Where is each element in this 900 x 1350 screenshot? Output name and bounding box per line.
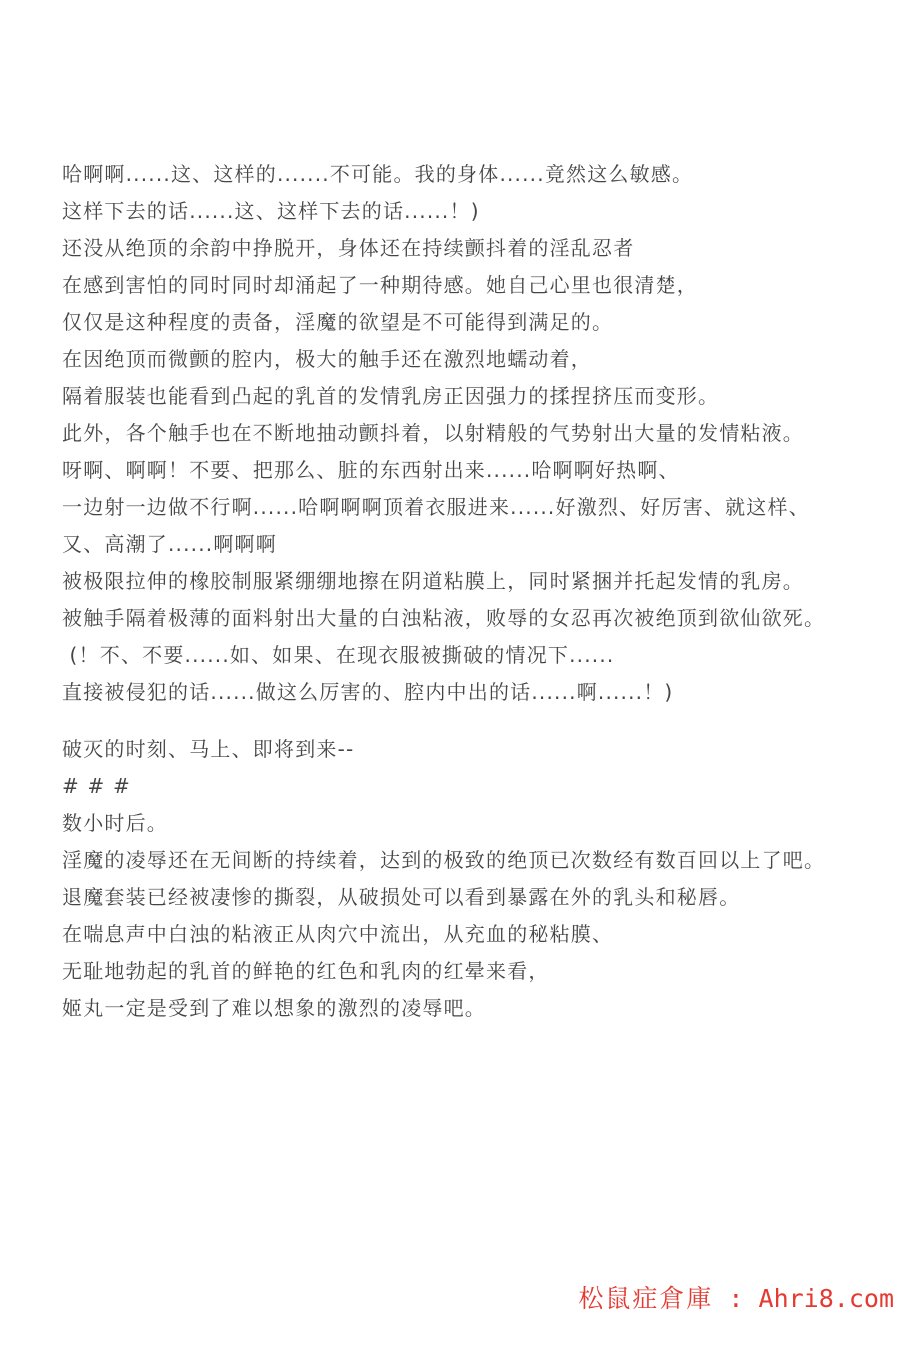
text-line: 呀啊、啊啊！不要、把那么、脏的东西射出来......哈啊啊好热啊、 [62, 452, 874, 489]
text-line: 此外，各个触手也在不断地抽动颤抖着，以射精般的气势射出大量的发情粘液。 [62, 415, 874, 452]
novel-text-block: 哈啊啊......这、这样的.......不可能。我的身体......竟然这么敏… [62, 156, 874, 1027]
text-line: 淫魔的凌辱还在无间断的持续着，达到的极致的绝顶已次数经有数百回以上了吧。 [62, 842, 874, 879]
blank-line [62, 711, 874, 731]
text-line: 一边射一边做不行啊......哈啊啊啊顶着衣服进来......好激烈、好厉害、就… [62, 489, 874, 526]
text-line: 被触手隔着极薄的面料射出大量的白浊粘液，败辱的女忍再次被绝顶到欲仙欲死。 [62, 600, 874, 637]
watermark-separator: : [713, 1284, 758, 1313]
text-line: 破灭的时刻、马上、即将到来-- [62, 731, 874, 768]
watermark-site-name: 松鼠症倉庫 [578, 1284, 713, 1313]
text-line: 在喘息声中白浊的粘液正从肉穴中流出，从充血的秘粘膜、 [62, 916, 874, 953]
text-line: 在因绝顶而微颤的腔内，极大的触手还在激烈地蠕动着， [62, 341, 874, 378]
text-line: 还没从绝顶的余韵中挣脱开，身体还在持续颤抖着的淫乱忍者 [62, 230, 874, 267]
watermark-site-url: Ahri8.com [759, 1284, 894, 1313]
text-line: 被极限拉伸的橡胶制服紧绷绷地擦在阴道粘膜上，同时紧捆并托起发情的乳房。 [62, 563, 874, 600]
text-line: 仅仅是这种程度的责备，淫魔的欲望是不可能得到满足的。 [62, 304, 874, 341]
text-line: 退魔套装已经被凄惨的撕裂，从破损处可以看到暴露在外的乳头和秘唇。 [62, 879, 874, 916]
watermark: 松鼠症倉庫 : Ahri8.com [547, 1250, 894, 1344]
text-line: 姬丸一定是受到了难以想象的激烈的凌辱吧。 [62, 990, 874, 1027]
text-line: 在感到害怕的同时同时却涌起了一种期待感。她自己心里也很清楚， [62, 267, 874, 304]
text-line: 数小时后。 [62, 805, 874, 842]
text-line: 哈啊啊......这、这样的.......不可能。我的身体......竟然这么敏… [62, 156, 874, 193]
text-line: 这样下去的话......这、这样下去的话......！) [62, 193, 874, 230]
text-line: (！不、不要......如、如果、在现衣服被撕破的情况下...... [62, 637, 874, 674]
text-line: 无耻地勃起的乳首的鲜艳的红色和乳肉的红晕来看， [62, 953, 874, 990]
document-page: 哈啊啊......这、这样的.......不可能。我的身体......竟然这么敏… [0, 0, 900, 1350]
scene-break-marker: # # # [62, 768, 874, 805]
text-line: 隔着服装也能看到凸起的乳首的发情乳房正因强力的揉捏挤压而变形。 [62, 378, 874, 415]
text-line: 直接被侵犯的话......做这么厉害的、腔内中出的话......啊......！… [62, 674, 874, 711]
text-line: 又、高潮了......啊啊啊 [62, 526, 874, 563]
